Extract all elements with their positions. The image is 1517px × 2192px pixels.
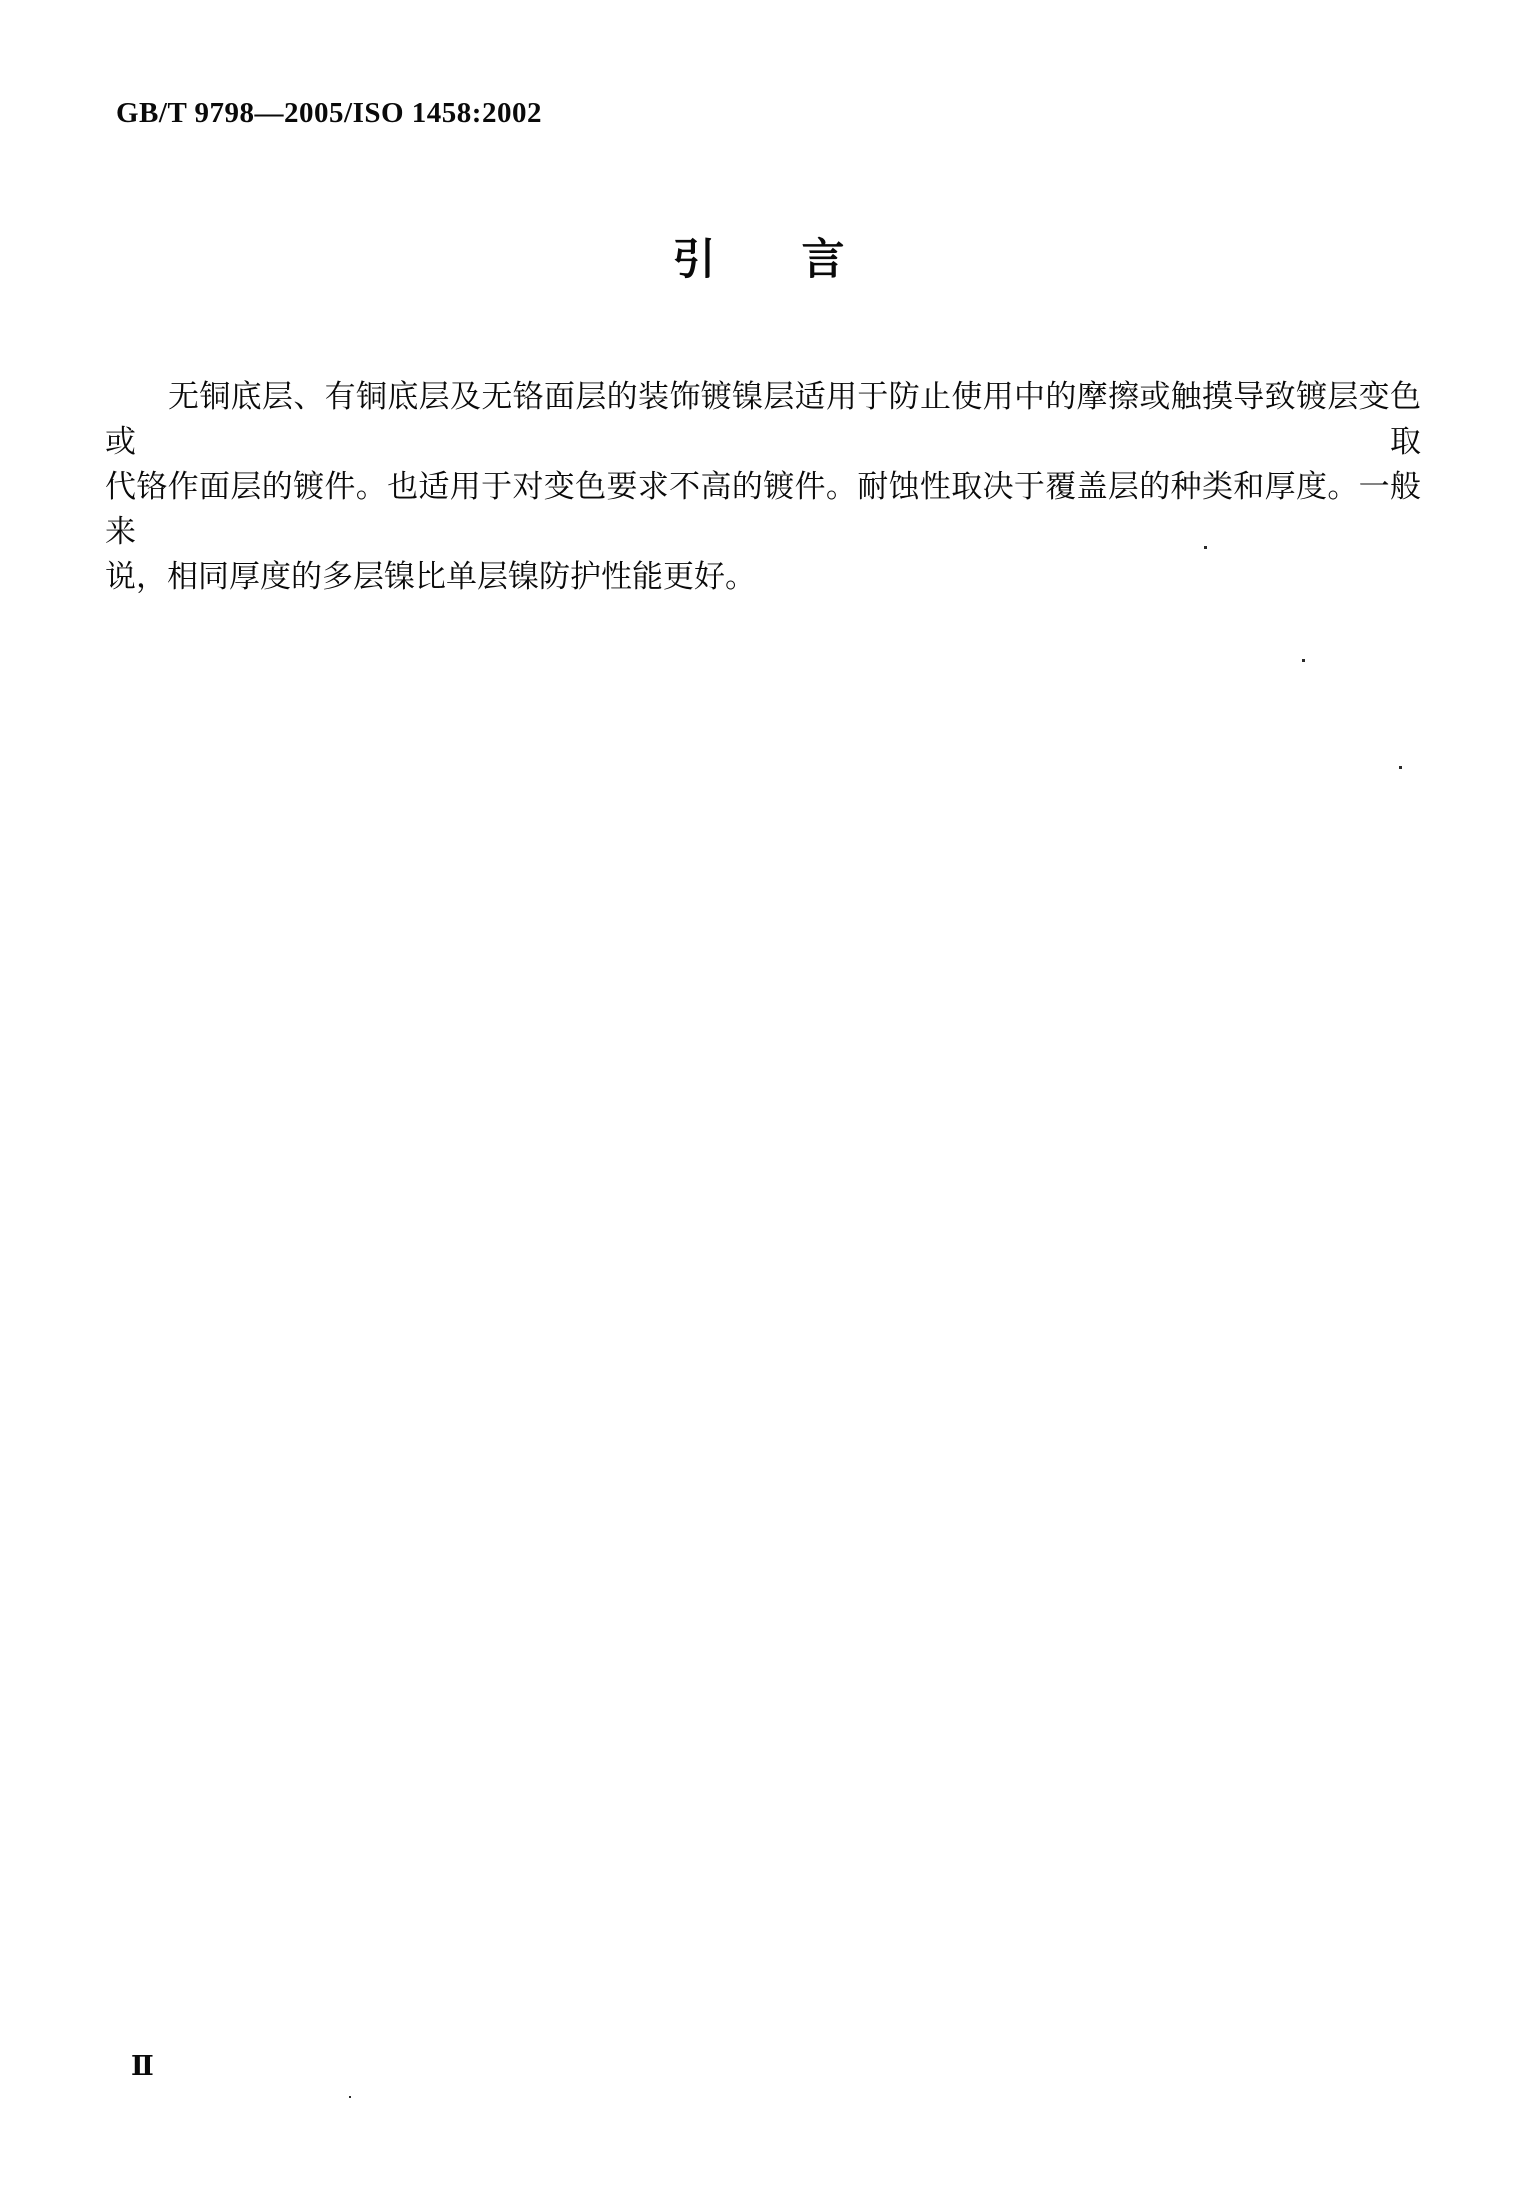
section-title: 引 言 bbox=[0, 237, 1517, 284]
document-page: GB/T 9798—2005/ISO 1458:2002 引 言 无铜底层、有铜… bbox=[0, 0, 1517, 2192]
paragraph-line: 代铬作面层的镀件。也适用于对变色要求不高的镀件。耐蚀性取决于覆盖层的种类和厚度。… bbox=[105, 464, 1421, 554]
scan-speck bbox=[1399, 766, 1402, 769]
scan-speck bbox=[1302, 659, 1305, 662]
paragraph-line: 说，相同厚度的多层镍比单层镍防护性能更好。 bbox=[105, 554, 1421, 599]
intro-paragraph: 无铜底层、有铜底层及无铬面层的装饰镀镍层适用于防止使用中的摩擦或触摸导致镀层变色… bbox=[105, 374, 1421, 599]
standard-code-header: GB/T 9798—2005/ISO 1458:2002 bbox=[116, 97, 542, 130]
page-number: Ⅱ bbox=[131, 2051, 154, 2082]
paragraph-line: 无铜底层、有铜底层及无铬面层的装饰镀镍层适用于防止使用中的摩擦或触摸导致镀层变色… bbox=[105, 374, 1421, 464]
scan-speck bbox=[1204, 546, 1207, 549]
scan-speck bbox=[349, 2096, 351, 2098]
